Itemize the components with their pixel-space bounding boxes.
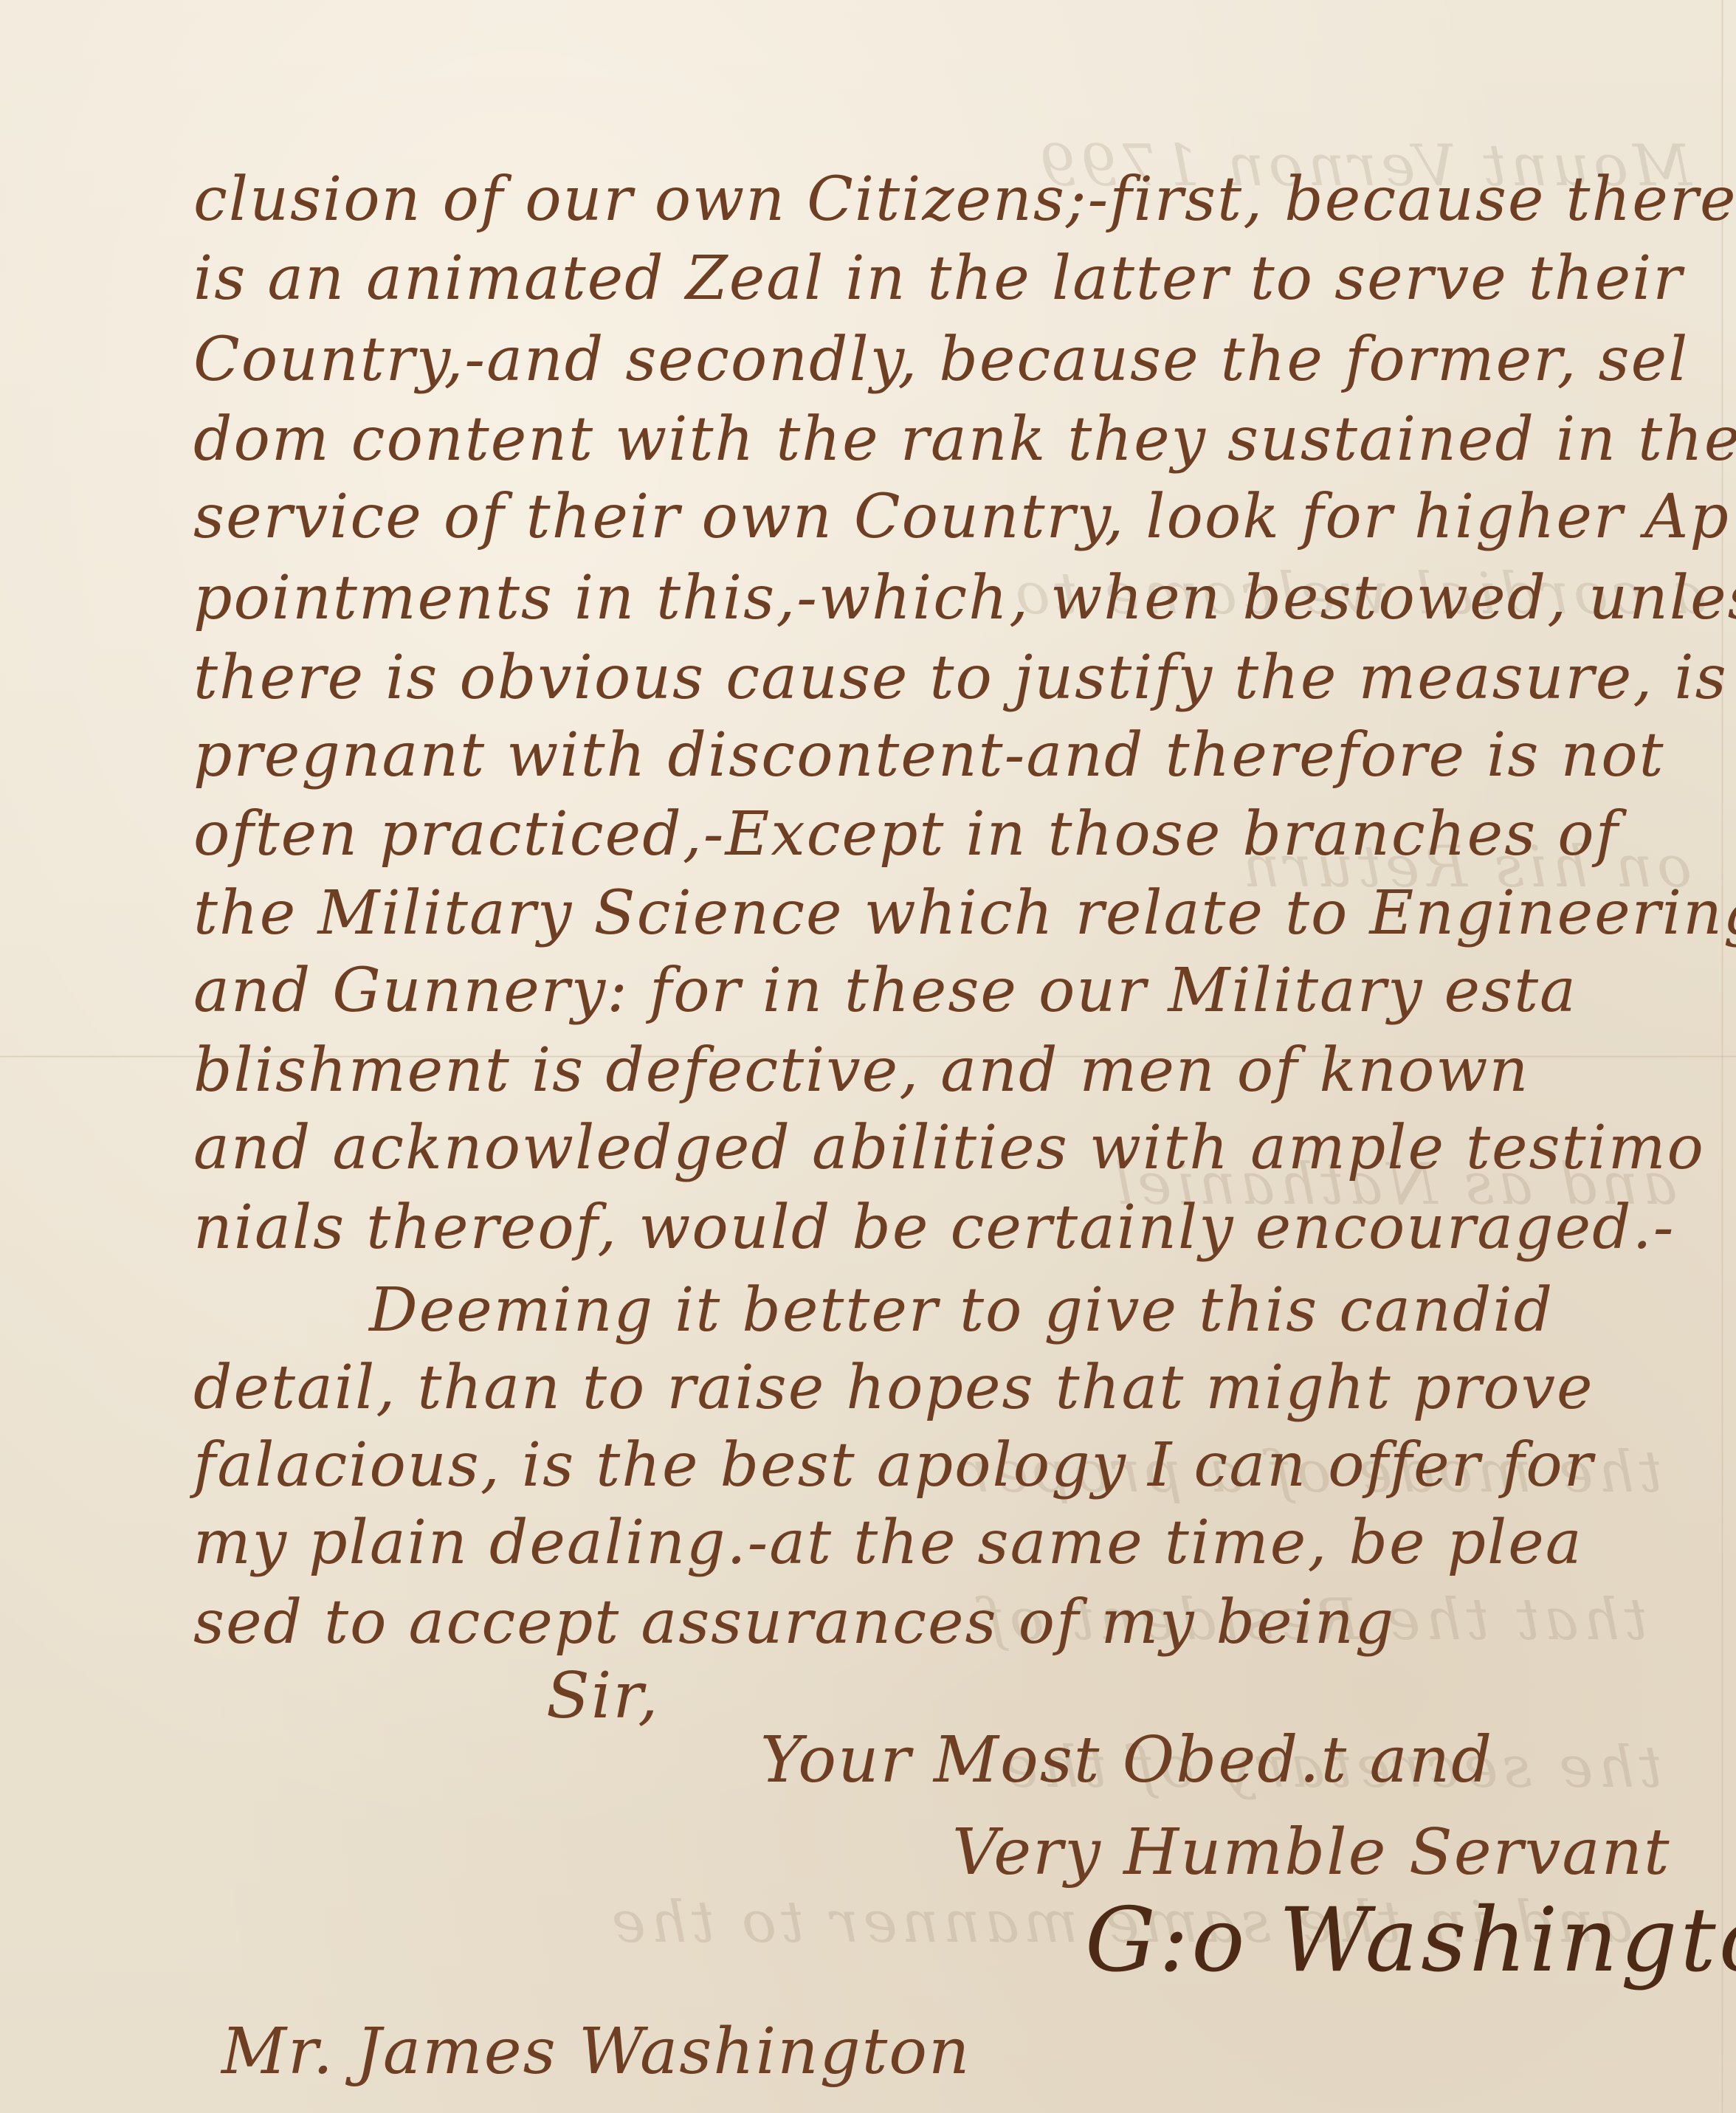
paper-fold-vertical — [1721, 0, 1723, 2113]
closing-line-2: Very Humble Servant — [952, 1816, 1671, 1889]
letter-line-16: detail, than to raise hopes that might p… — [193, 1358, 1594, 1419]
letter-line-6: pointments in this,-which, when bestowed… — [193, 568, 1736, 629]
letter-line-9: often practiced,-Except in those branche… — [193, 804, 1619, 865]
letter-line-11: and Gunnery: for in these our Military e… — [193, 961, 1577, 1021]
letter-line-17: falacious, is the best apology I can off… — [193, 1435, 1594, 1496]
addressee: Mr. James Washington — [221, 2015, 971, 2089]
letter-line-3: Country,-and secondly, because the forme… — [193, 330, 1689, 390]
letter-line-18: my plain dealing.-at the same time, be p… — [193, 1513, 1583, 1573]
letter-line-1: clusion of our own Citizens;-first, beca… — [193, 170, 1736, 230]
letter-line-7: there is obvious cause to justify the me… — [193, 648, 1728, 709]
letter-line-14: nials thereof, would be certainly encour… — [193, 1198, 1675, 1258]
letter-line-15: Deeming it better to give this candid — [369, 1280, 1554, 1341]
letter-line-10: the Military Science which relate to Eng… — [193, 883, 1736, 944]
letter-page: Mount Vernon 1799 a cordial welcome to o… — [0, 0, 1736, 2113]
letter-line-19: sed to accept assurances of my being — [193, 1593, 1395, 1653]
letter-line-8: pregnant with discontent-and therefore i… — [193, 725, 1665, 786]
signature: G:o Washington — [1085, 1889, 1736, 1992]
letter-line-2: is an animated Zeal in the latter to ser… — [193, 249, 1684, 309]
salutation: Sir, — [546, 1659, 659, 1733]
letter-line-5: service of their own Country, look for h… — [193, 487, 1730, 548]
letter-line-12: blishment is defective, and men of known — [193, 1041, 1529, 1101]
letter-line-13: and acknowledged abilities with ample te… — [193, 1118, 1705, 1179]
closing-line-1: Your Most Obed.t and — [760, 1723, 1493, 1797]
letter-line-4: dom content with the rank they sustained… — [193, 410, 1736, 470]
